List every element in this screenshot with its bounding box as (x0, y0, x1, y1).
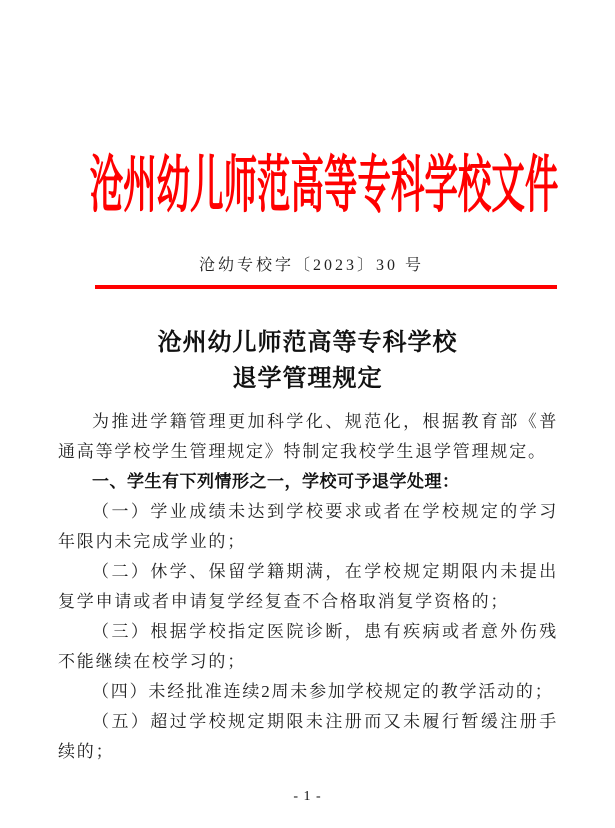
letterhead-divider (95, 285, 557, 289)
item-paragraph-4: （四）未经批准连续2周未参加学校规定的教学活动的； (58, 677, 558, 707)
letterhead-title: 沧州幼儿师范高等专科学校文件 (89, 155, 558, 217)
document-title: 沧州幼儿师范高等专科学校 退学管理规定 (0, 325, 615, 397)
document-title-line1: 沧州幼儿师范高等专科学校 (0, 325, 615, 361)
item-paragraph-1: （一）学业成绩未达到学校要求或者在学校规定的学习年限内未完成学业的； (58, 497, 558, 557)
document-body: 为推进学籍管理更加科学化、规范化，根据教育部《普通高等学校学生管理规定》特制定我… (58, 407, 558, 767)
item-paragraph-2: （二）休学、保留学籍期满，在学校规定期限内未提出复学申请或者申请复学经复查不合格… (58, 557, 558, 617)
item-paragraph-3: （三）根据学校指定医院诊断，患有疾病或者意外伤残不能继续在校学习的； (58, 617, 558, 677)
page-number: - 1 - (0, 789, 615, 805)
section-heading: 一、学生有下列情形之一，学校可予退学处理： (58, 467, 558, 497)
document-number: 沧幼专校字〔2023〕30 号 (4, 254, 615, 278)
intro-paragraph: 为推进学籍管理更加科学化、规范化，根据教育部《普通高等学校学生管理规定》特制定我… (58, 407, 558, 467)
document-page: 沧州幼儿师范高等专科学校文件 沧幼专校字〔2023〕30 号 沧州幼儿师范高等专… (0, 0, 615, 828)
document-title-line2: 退学管理规定 (0, 361, 615, 397)
item-paragraph-5: （五）超过学校规定期限未注册而又未履行暂缓注册手续的； (58, 707, 558, 767)
letterhead: 沧州幼儿师范高等专科学校文件 (16, 146, 615, 226)
